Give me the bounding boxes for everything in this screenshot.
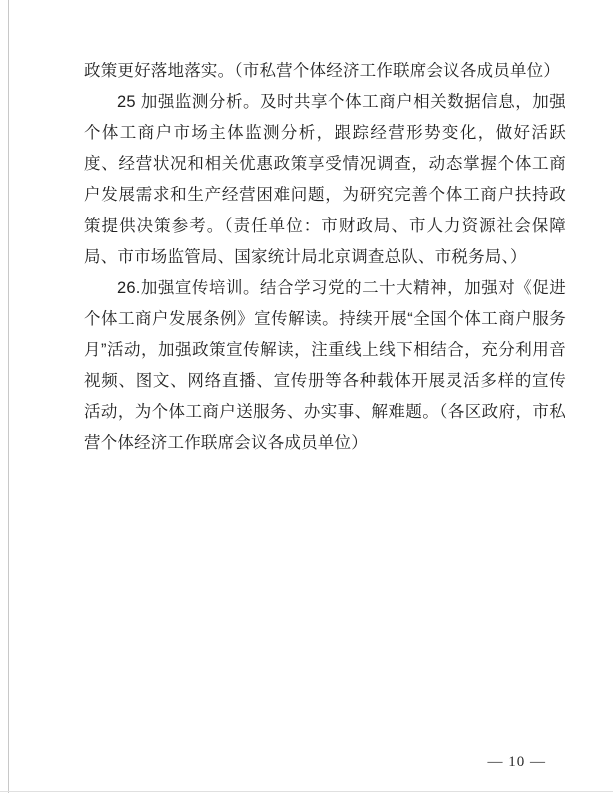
paragraph-item-26: 26.加强宣传培训。结合学习党的二十大精神，加强对《促进个体工商户发展条例》宣传… — [84, 273, 566, 459]
page-number: — 10 — — [488, 754, 547, 771]
scan-edge-left-line — [8, 0, 9, 793]
paragraph-continuation: 政策更好落地落实。（市私营个体经济工作联席会议各成员单位） — [84, 56, 566, 87]
document-page: 政策更好落地落实。（市私营个体经济工作联席会议各成员单位） 25 加强监测分析。… — [0, 0, 613, 793]
body-text-block: 政策更好落地落实。（市私营个体经济工作联席会议各成员单位） 25 加强监测分析。… — [84, 56, 566, 459]
scan-edge-bottom-line — [0, 791, 613, 792]
paragraph-item-25: 25 加强监测分析。及时共享个体工商户相关数据信息，加强个体工商户市场主体监测分… — [84, 87, 566, 273]
